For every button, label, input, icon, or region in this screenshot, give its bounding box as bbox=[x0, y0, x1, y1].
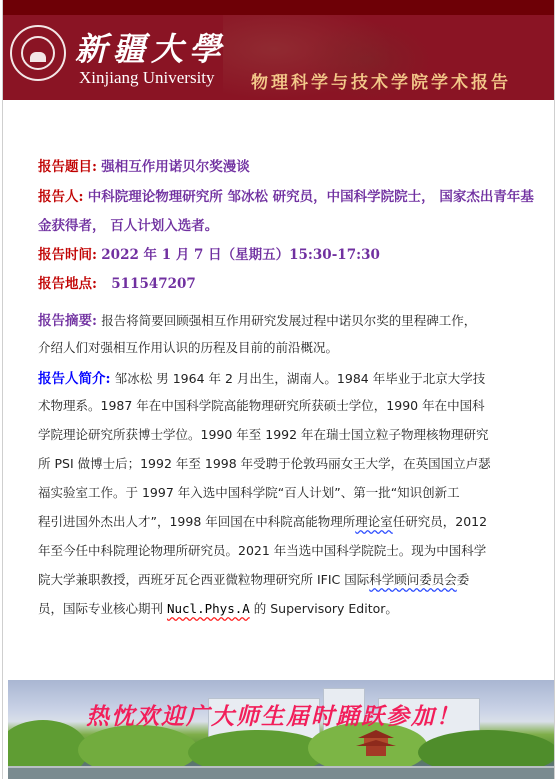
speaker-row-cont: 金获得者， 百人计划入选者。 bbox=[38, 214, 218, 234]
bio-line: 院大学兼职教授，西班牙瓦仑西亚微粒物理研究所 IFIC 国际科学顾问委员会委 bbox=[38, 570, 469, 588]
bio-line: 程引进国外杰出人才”，1998 年回国在中科院高能物理所理论室任研究员，2012 bbox=[38, 512, 487, 530]
lake-water bbox=[8, 766, 554, 779]
welcome-banner-text: 热忱欢迎广大师生届时踊跃参加！ bbox=[86, 698, 461, 731]
speaker-value-cont: 金获得者， 百人计划入选者。 bbox=[38, 218, 218, 234]
abstract-label: 报告摘要: bbox=[38, 313, 97, 329]
bio-text-segment: 的 Supervisory Editor。 bbox=[250, 601, 398, 616]
bio-text: 邹冰松 男 1964 年 2 月出生，湖南人。1984 年毕业于北京大学技 bbox=[115, 371, 485, 386]
report-title-label: 报告题目: bbox=[38, 159, 97, 175]
pavilion-icon bbox=[356, 730, 396, 758]
location-row: 报告地点: 511547207 bbox=[38, 272, 196, 292]
time-value: 2022 年 1 月 7 日（星期五）15:30-17:30 bbox=[101, 247, 380, 263]
report-title-value: 强相互作用诺贝尔奖漫谈 bbox=[101, 159, 250, 175]
bio-text-segment: 院大学兼职教授，西班牙瓦仑西亚微粒物理研究所 IFIC 国际 bbox=[38, 572, 369, 587]
location-label: 报告地点: bbox=[38, 276, 97, 292]
speaker-row: 报告人: 中科院理论物理研究所 邹冰松 研究员，中国科学院院士， 国家杰出青年基 bbox=[38, 185, 534, 205]
bio-line: 学院理论研究所获博士学位。1990 年至 1992 年在瑞士国立粒子物理核物理研… bbox=[38, 425, 489, 443]
bio-line: 所 PSI 做博士后；1992 年至 1998 年受聘于伦敦玛丽女王大学，在英国… bbox=[38, 454, 491, 472]
journal-name: Nucl.Phys.A bbox=[167, 601, 250, 616]
university-emblem-icon bbox=[10, 25, 66, 81]
bio-text-segment: 程引进国外杰出人才”，1998 年回国在中科院高能物理所 bbox=[38, 514, 355, 529]
abstract-row: 报告摘要: 报告将简要回顾强相互作用研究发展过程中诺贝尔奖的里程碑工作， bbox=[38, 309, 476, 329]
bio-line: 年至今任中科院理论物理所研究员。2021 年当选中国科学院院士。现为中国科学 bbox=[38, 541, 486, 559]
university-name-en: Xinjiang University bbox=[79, 68, 215, 88]
location-value: 511547207 bbox=[111, 276, 196, 292]
university-name-cn: 新疆大學 bbox=[75, 24, 227, 70]
bio-line: 术物理系。1987 年在中国科学院高能物理研究所获硕士学位，1990 年在中国科 bbox=[38, 396, 485, 414]
header-top-bar bbox=[3, 0, 554, 15]
spellcheck-marked-text: 科学顾问委员会 bbox=[369, 572, 457, 587]
abstract-text: 报告将简要回顾强相互作用研究发展过程中诺贝尔奖的里程碑工作， bbox=[101, 313, 476, 328]
bio-row: 报告人简介: 邹冰松 男 1964 年 2 月出生，湖南人。1984 年毕业于北… bbox=[38, 367, 485, 387]
report-title-row: 报告题目: 强相互作用诺贝尔奖漫谈 bbox=[38, 155, 250, 175]
abstract-text-cont: 介绍人们对强相互作用认识的历程及目前的前沿概况。 bbox=[38, 340, 338, 355]
abstract-row-cont: 介绍人们对强相互作用认识的历程及目前的前沿概况。 bbox=[38, 338, 338, 356]
time-row: 报告时间: 2022 年 1 月 7 日（星期五）15:30-17:30 bbox=[38, 243, 380, 263]
header-banner: 新疆大學 Xinjiang University 物理科学与技术学院学术报告 bbox=[3, 0, 554, 100]
report-page: 新疆大學 Xinjiang University 物理科学与技术学院学术报告 报… bbox=[2, 0, 555, 779]
speaker-label: 报告人: bbox=[38, 189, 83, 205]
college-title: 物理科学与技术学院学术报告 bbox=[251, 68, 511, 93]
bio-line: 福实验室工作。于 1997 年入选中国科学院“百人计划”、第一批“知识创新工 bbox=[38, 483, 460, 501]
bio-text-segment: 员，国际专业核心期刊 bbox=[38, 601, 167, 616]
bio-text-segment: 委 bbox=[457, 572, 470, 587]
bio-label: 报告人简介: bbox=[38, 371, 110, 387]
welcome-banner-image: 热忱欢迎广大师生届时踊跃参加！ bbox=[8, 680, 554, 779]
speaker-value: 中科院理论物理研究所 邹冰松 研究员，中国科学院院士， 国家杰出青年基 bbox=[88, 189, 534, 205]
spellcheck-marked-text: 理论室 bbox=[355, 514, 393, 529]
time-label: 报告时间: bbox=[38, 247, 97, 263]
bio-line: 员，国际专业核心期刊 Nucl.Phys.A 的 Supervisory Edi… bbox=[38, 599, 398, 617]
bio-text-segment: 任研究员，2012 bbox=[393, 514, 487, 529]
